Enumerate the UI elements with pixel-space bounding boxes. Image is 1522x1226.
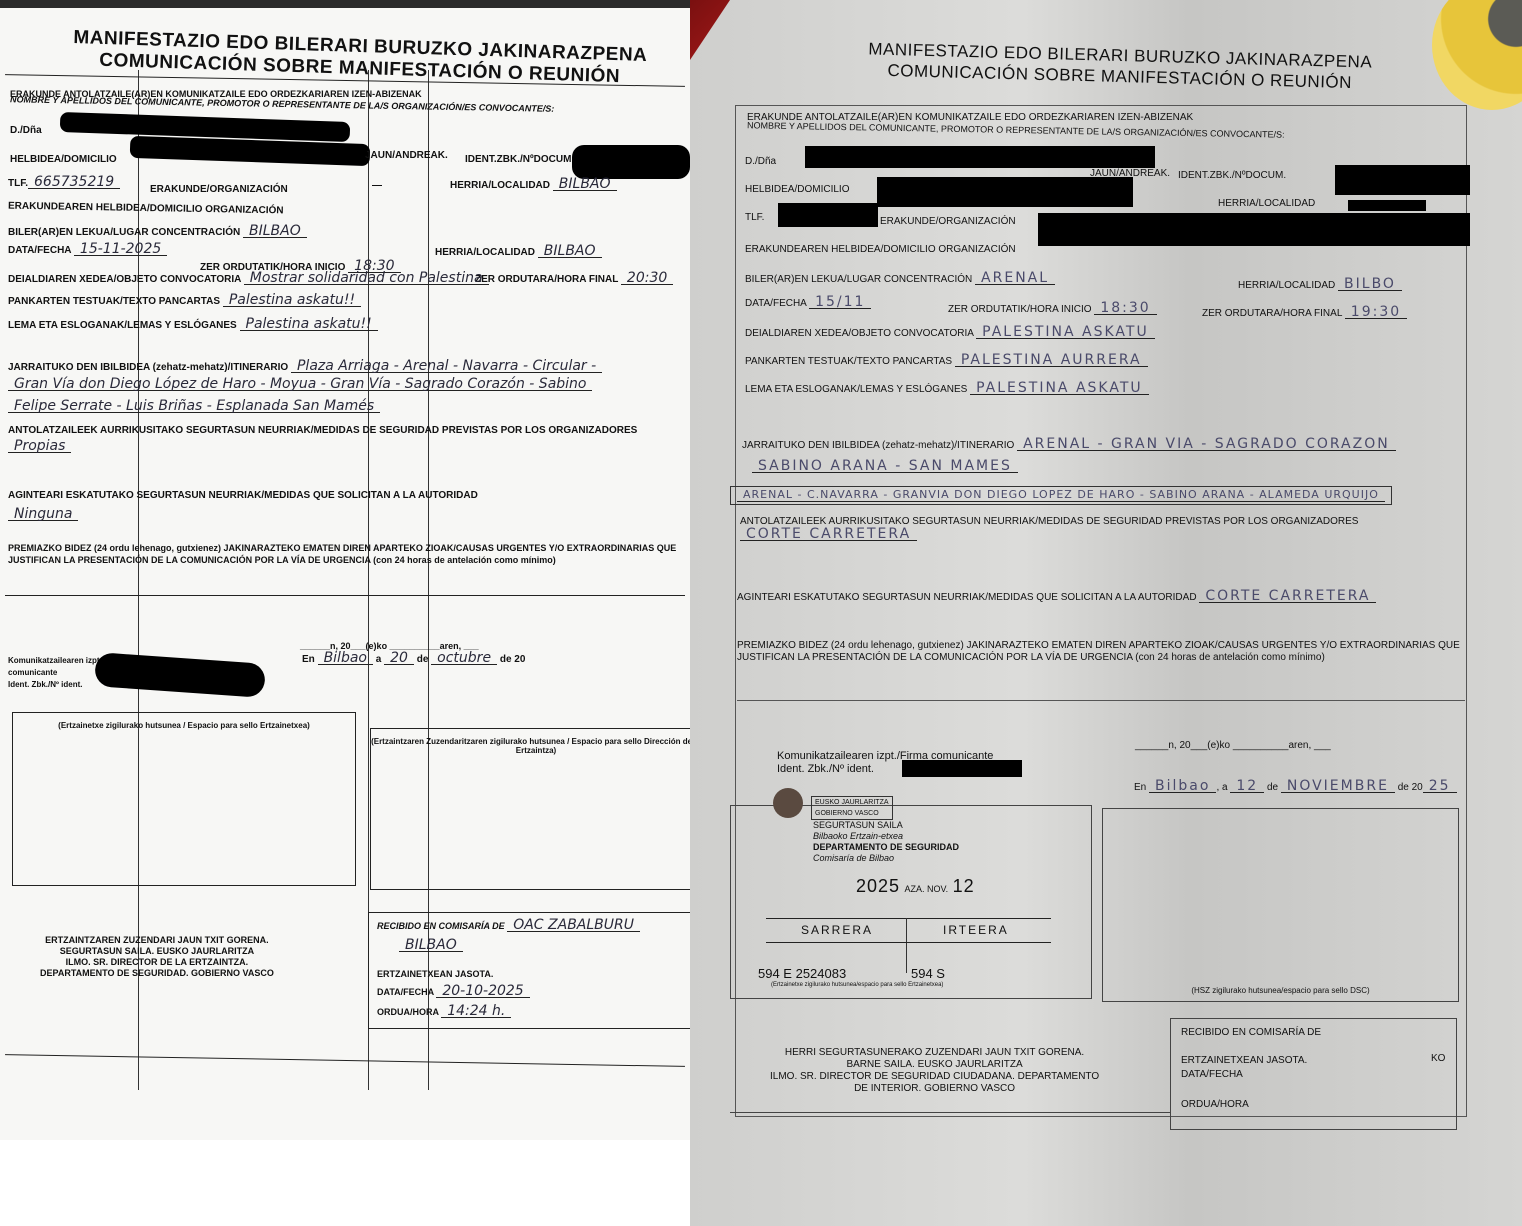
redaction	[805, 146, 1155, 168]
itinerary-line-1: Plaza Arriaga - Arenal - Navarra - Circu…	[291, 360, 602, 373]
place-field: BILER(AR)EN LEKUA/LUGAR CONCENTRACIÓN BI…	[8, 225, 307, 239]
signed-month: octubre	[431, 652, 497, 665]
date-line-basque: ______n, 20___(e)ko __________aren, ___	[1135, 740, 1331, 752]
redaction	[778, 203, 878, 227]
stamp-header-spanish: GOBIERNO VASCO	[815, 808, 889, 819]
organization-label: ERAKUNDE/ORGANIZACIÓN	[880, 216, 1016, 228]
org-measures-field: ANTOLATZAILEEK AURRIKUSITAKO SEGURTASUN …	[740, 516, 1465, 542]
stamp-dept-basque: SEGURTASUN SAILA	[813, 820, 959, 831]
received-box: RECIBIDO EN COMISARÍA DE OAC ZABALBURU B…	[368, 912, 690, 1029]
stamp-exit-code: 594 S	[911, 966, 945, 981]
end-time-value: 20:30	[621, 272, 673, 285]
stamp-box-ertzainetxea: (Ertzainetxe zigilurako hutsunea / Espac…	[12, 712, 356, 886]
basque-government-logo-icon	[773, 788, 803, 818]
itinerary-line-1: ARENAL - GRAN VIA - SAGRADO CORAZON	[1017, 438, 1396, 451]
scan-border	[0, 0, 690, 8]
start-time-field: ZER ORDUTATIK/HORA INICIO 18:30	[948, 302, 1157, 316]
phone-label: TLF.	[745, 212, 764, 224]
redaction	[1335, 165, 1470, 195]
received-date-label: DATA/FECHA	[1181, 1069, 1243, 1081]
purpose-field: DEIALDIAREN XEDEA/OBJETO CONVOCATORIA PA…	[745, 326, 1155, 340]
signed-month: NOVIEMBRE	[1281, 780, 1395, 793]
date-value: 15-11-2025	[74, 243, 167, 256]
locality-2-field: HERRIA/LOCALIDAD BILBO	[1238, 278, 1402, 292]
slogans-value: Palestina askatu!!	[240, 318, 378, 331]
received-label: RECIBIDO EN COMISARÍA DE	[1181, 1027, 1321, 1039]
itinerary-line-2: Gran Vía don Diego López de Haro - Moyua…	[8, 378, 592, 391]
itinerary-field: JARRAITUKO DEN IBILBIDEA (zehatz-mehatz)…	[742, 438, 1396, 452]
form-title: MANIFESTAZIO EDO BILERARI BURUZKO JAKINA…	[780, 36, 1461, 96]
place-field: BILER(AR)EN LEKUA/LUGAR CONCENTRACIÓN AR…	[745, 272, 1055, 286]
itinerary-line-3: ARENAL - C.NAVARRA - GRANVIA DON DIEGO L…	[737, 489, 1385, 502]
divider	[737, 700, 1465, 701]
stamp-date: 2025 AZA. NOV. 12	[856, 876, 975, 897]
purpose-value: PALESTINA ASKATU	[976, 326, 1155, 339]
stamp-box-direction: (Ertzaintzaren Zuzendaritzaren zigilurak…	[370, 728, 690, 890]
name-field: D./Dña	[10, 125, 42, 137]
locality-field: HERRIA/LOCALIDAD BILBAO	[450, 178, 617, 192]
itinerary-line-3: Felipe Serrate - Luis Briñas - Esplanada…	[8, 400, 380, 413]
ertzainetxea-stamp-box: EUSKO JAURLARITZA GOBIERNO VASCO SEGURTA…	[730, 805, 1092, 999]
redaction	[1038, 213, 1470, 246]
received-time: 14:24 h.	[441, 1005, 511, 1018]
purpose-field: DEIALDIAREN XEDEA/OBJETO CONVOCATORIA Mo…	[8, 272, 489, 286]
signed-city: Bilbao	[318, 652, 373, 665]
locality-label: HERRIA/LOCALIDAD	[1218, 198, 1315, 210]
requested-measures-value: CORTE CARRETERA	[1199, 590, 1376, 603]
signed-city: Bilbao	[1149, 780, 1216, 793]
ident-label: IDENT.ZBK./NºDOCUM.	[465, 154, 574, 166]
itinerary-line-2: SABINO ARANA - SAN MAMES	[752, 460, 1018, 473]
stamp-entry-code: 594 E 2524083	[758, 966, 846, 981]
stamp-exit-label: IRTEERA	[943, 923, 1009, 937]
stamp-header-basque: EUSKO JAURLARITZA	[815, 797, 889, 808]
received-city: BILBAO	[399, 939, 463, 952]
start-time-value: 18:30	[1094, 302, 1156, 315]
jaun-label: JAUN/ANDREAK.	[365, 150, 448, 162]
banners-field: PANKARTEN TESTUAK/TEXTO PANCARTAS PALEST…	[745, 354, 1148, 368]
slogans-field: LEMA ETA ESLOGANAK/LEMAS Y ESLÓGANES Pal…	[8, 318, 378, 332]
requested-measures-field: AGINTEARI ESKATUTAKO SEGURTASUN NEURRIAK…	[737, 590, 1376, 604]
organization-label: ERAKUNDE/ORGANIZACIÓN	[150, 184, 288, 196]
received-station: OAC ZABALBURU	[507, 919, 640, 932]
divider	[5, 595, 685, 596]
locality-value: BILBAO	[553, 178, 617, 191]
ertzainetxean-label: ERTZAINETXEAN JASOTA.	[1181, 1055, 1307, 1067]
name-label: D./Dña	[745, 156, 776, 168]
ko-label: KO	[1431, 1053, 1445, 1065]
requested-measures-label: AGINTEARI ESKATUTAKO SEGURTASUN NEURRIAK…	[8, 490, 478, 502]
org-measures-value: Propias	[8, 440, 71, 453]
end-time-field: ZER ORDUTARA/HORA FINAL 19:30	[1202, 306, 1407, 320]
received-box: RECIBIDO EN COMISARÍA DE ERTZAINETXEAN J…	[1170, 1018, 1457, 1130]
divider	[730, 1112, 1170, 1113]
organization-value: —	[372, 180, 382, 192]
redaction	[1348, 200, 1426, 211]
date-value: 15/11	[809, 296, 871, 309]
stamp-station-basque: Bilbaoko Ertzain-etxea	[813, 831, 959, 842]
locality-value: BILBO	[1338, 278, 1402, 291]
slogans-value: PALESTINA ASKATU	[970, 382, 1149, 395]
place-value: BILBAO	[243, 225, 307, 238]
requested-measures-value: Ninguna	[8, 508, 78, 521]
urgency-label: PREMIAZKO BIDEZ (24 ordu lehenago, gutxi…	[8, 542, 688, 566]
end-time-value: 19:30	[1345, 306, 1407, 319]
signed-day: 20	[384, 652, 414, 665]
end-time-field: ZER ORDUTARA/HORA FINAL 20:30	[475, 272, 673, 286]
redaction	[902, 760, 1022, 777]
dsc-stamp-box: (HSZ zigilurako hutsunea/espacio para se…	[1102, 808, 1459, 1002]
signed-day: 12	[1230, 780, 1264, 793]
addressee-block: ERTZAINTZAREN ZUZENDARI JAUN TXIT GORENA…	[40, 935, 274, 979]
address-label: HELBIDEA/DOMICILIO	[745, 184, 849, 196]
right-form-photo: MANIFESTAZIO EDO BILERARI BURUZKO JAKINA…	[690, 0, 1522, 1226]
urgency-label: PREMIAZKO BIDEZ (24 ordu lehenago, gutxi…	[737, 640, 1465, 664]
redaction	[572, 145, 690, 179]
org-address-label: ERAKUNDEAREN HELBIDEA/DOMICILIO ORGANIZA…	[745, 244, 1016, 256]
phone-value: 665735219	[28, 176, 120, 189]
locality-2-field: HERRIA/LOCALIDAD BILBAO	[435, 245, 602, 259]
date-field: DATA/FECHA 15-11-2025	[8, 243, 167, 257]
slogans-field: LEMA ETA ESLOGANAK/LEMAS Y ESLÓGANES PAL…	[745, 382, 1149, 396]
date-field: DATA/FECHA 15/11	[745, 296, 871, 310]
stamp-caption: (Ertzainetxe zigilurako hutsunea/espacio…	[771, 982, 943, 988]
itinerary-field: JARRAITUKO DEN IBILBIDEA (zehatz-mehatz)…	[8, 360, 602, 374]
signed-year: 25	[1423, 780, 1457, 793]
banners-field: PANKARTEN TESTUAK/TEXTO PANCARTAS Palest…	[8, 294, 361, 308]
received-label: ERTZAINETXEAN JASOTA.	[377, 968, 493, 980]
place-value: ARENAL	[975, 272, 1055, 285]
phone-field: TLF.665735219	[8, 176, 120, 190]
org-measures-value: CORTE CARRETERA	[740, 528, 917, 541]
banners-value: Palestina askatu!!	[223, 294, 361, 307]
stamp-dept-spanish: DEPARTAMENTO DE SEGURIDAD	[813, 842, 959, 853]
stamp-entry-label: SARRERA	[801, 923, 873, 937]
org-measures-label: ANTOLATZAILEEK AURRIKUSITAKO SEGURTASUN …	[8, 425, 688, 437]
background-object	[690, 0, 730, 60]
received-time-label: ORDUA/HORA	[1181, 1099, 1249, 1111]
signed-place-date: En Bilbao a 20 de octubre de 20	[302, 652, 525, 666]
received-date: 20-10-2025	[436, 985, 529, 998]
stamp-station-spanish: Comisaría de Bilbao	[813, 853, 959, 864]
purpose-value: Mostrar solidaridad con Palestina	[244, 272, 489, 285]
signed-place-date: En Bilbao, a 12 de NOVIEMBRE de 2025	[1134, 780, 1457, 794]
redaction	[877, 177, 1133, 207]
banners-value: PALESTINA AURRERA	[955, 354, 1148, 367]
ident-label: IDENT.ZBK./NºDOCUM.	[1178, 170, 1286, 182]
addressee-block: HERRI SEGURTASUNERAKO ZUZENDARI JAUN TXI…	[770, 1047, 1099, 1095]
locality-2-value: BILBAO	[538, 245, 602, 258]
left-form-photocopy: MANIFESTAZIO EDO BILERARI BURUZKO JAKINA…	[0, 0, 690, 1226]
address-label: HELBIDEA/DOMICILIO	[10, 154, 117, 166]
